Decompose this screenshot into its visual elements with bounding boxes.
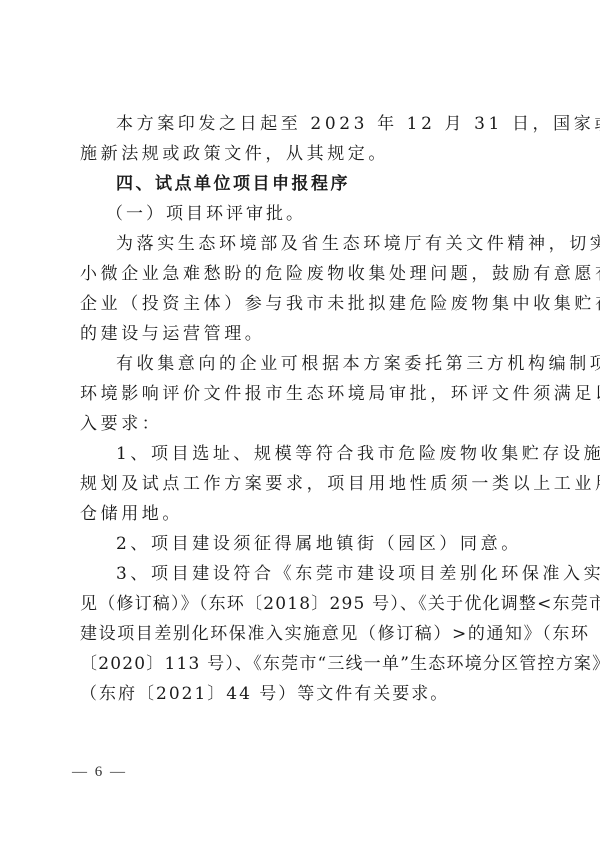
paragraph-line: 本方案印发之日起至 2023 年 12 月 31 日，国家或省印发实	[116, 113, 526, 135]
paragraph-line: 环境影响评价文件报市生态环境局审批，环评文件须满足以下准	[80, 383, 526, 405]
list-item-line: 3、项目建设符合《东莞市建设项目差别化环保准入实施意	[116, 563, 526, 585]
paragraph-line: 企业（投资主体）参与我市未批拟建危险废物集中收集贮存设施	[80, 293, 526, 315]
list-item-line: 〔2020〕113 号）、《东莞市“三线一单”生态环境分区管控方案》	[80, 653, 526, 675]
list-item-line: （东府〔2021〕44 号）等文件有关要求。	[80, 683, 526, 705]
list-item-line: 1、项目选址、规模等符合我市危险废物收集贮存设施布局	[116, 443, 526, 465]
document-page: 本方案印发之日起至 2023 年 12 月 31 日，国家或省印发实 施新法规或…	[0, 0, 600, 848]
paragraph-line: 小微企业急难愁盼的危险废物收集处理问题，鼓励有意愿有能力	[80, 263, 526, 285]
list-item-line: 建设项目差别化环保准入实施意见（修订稿）>的通知》（东环	[80, 623, 526, 645]
paragraph-line: 入要求：	[80, 413, 526, 435]
paragraph-line: 施新法规或政策文件，从其规定。	[80, 143, 526, 165]
paragraph-line: 为落实生态环境部及省生态环境厅有关文件精神，切实解决	[116, 233, 526, 255]
subsection-heading: （一）项目环评审批。	[106, 203, 526, 225]
list-item-line: 见（修订稿）》（东环〔2018〕295 号）、《关于优化调整<东莞市	[80, 593, 526, 615]
list-item-line: 仓储用地。	[80, 503, 526, 525]
paragraph-line: 有收集意向的企业可根据本方案委托第三方机构编制项目	[116, 353, 526, 375]
section-heading: 四、试点单位项目申报程序	[116, 173, 526, 195]
list-item-line: 2、项目建设须征得属地镇街（园区）同意。	[116, 533, 526, 555]
paragraph-line: 的建设与运营管理。	[80, 323, 526, 345]
list-item-line: 规划及试点工作方案要求，项目用地性质须一类以上工业用地或	[80, 473, 526, 495]
page-number: — 6 —	[72, 764, 127, 781]
